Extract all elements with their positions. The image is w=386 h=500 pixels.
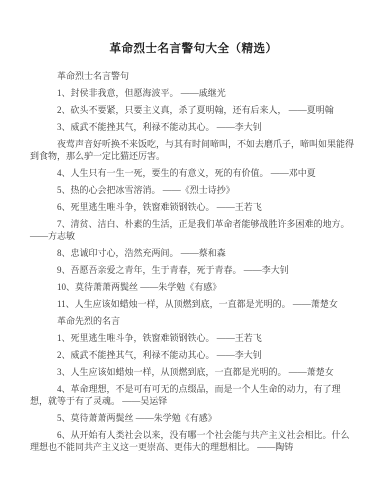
section-martyr-quotes: 革命烈士名言警句 1、封侯非我意，但愿海波平。 ——戚继光 2、砍头不要紧，只要… [30,70,357,310]
quote-item: 6、从开始有人类社会以来，没有哪一个社会能与共产主义社会相比。什么理想也不能同共… [30,429,357,453]
quote-item: 1、封侯非我意，但愿海波平。 ——戚继光 [30,87,357,99]
quote-item: 4、人生只有一生一死，要生的有意义，死的有价值。 ——邓中夏 [30,167,357,179]
quote-item: 11、人生应该如蜡烛一样，从顶燃到底，一直都是光明的。 ——萧楚女 [30,298,357,310]
quote-item: 2、威武不能挫其气，利禄不能动其心。 ——李大钊 [30,349,357,361]
section-heading: 革命烈士名言警句 [30,70,357,82]
quote-paragraph: 夜莺声音好听换不来饭吃，与其有时间啼叫，不如去磨爪子，啼叫如果能得到食物，那么驴… [30,138,357,162]
quote-item: 8、忠诚印寸心，浩然充两间。 ——蔡和森 [30,247,357,259]
quote-item: 3、威武不能挫其气，利禄不能动其心。 ——李大钊 [30,121,357,133]
quote-item: 9、吾愿吾亲爱之青年，生于青春，死于青春。 ——李大钊 [30,264,357,276]
quote-item: 7、清贫、洁白、朴素的生活，正是我们革命者能够战胜许多困难的地方。 ——方志敏 [30,218,357,242]
quote-item: 10、莫待萧萧两鬓丝 ——朱学勉《有感》 [30,281,357,293]
quote-item: 2、砍头不要紧，只要主义真，杀了夏明翰，还有后来人， ——夏明翰 [30,104,357,116]
page-title: 革命烈士名言警句大全（精选） [30,42,357,56]
section-heading: 革命先烈的名言 [30,315,357,327]
quote-item: 4、革命理想，不是可有可无的点缀品，而是一个人生命的动力，有了理想，就等于有了灵… [30,383,357,407]
document-page: 革命烈士名言警句大全（精选） 革命烈士名言警句 1、封侯非我意，但愿海波平。 —… [0,0,386,500]
quote-item: 5、莫待萧萧两鬓丝 ——朱学勉《有感》 [30,412,357,424]
quote-item: 5、热的心会把冰雪溶消。 ——《烈士诗抄》 [30,184,357,196]
quote-item: 6、死里逃生唯斗争，铁窗难锁钢铁心。 ——王若飞 [30,201,357,213]
quote-item: 3、人生应该如蜡烛一样，从顶燃到底，一直都是光明的。 ——萧楚女 [30,366,357,378]
section-forerunner-quotes: 革命先烈的名言 1、死里逃生唯斗争，铁窗难锁钢铁心。 ——王若飞 2、威武不能挫… [30,315,357,453]
quote-item: 1、死里逃生唯斗争，铁窗难锁钢铁心。 ——王若飞 [30,332,357,344]
